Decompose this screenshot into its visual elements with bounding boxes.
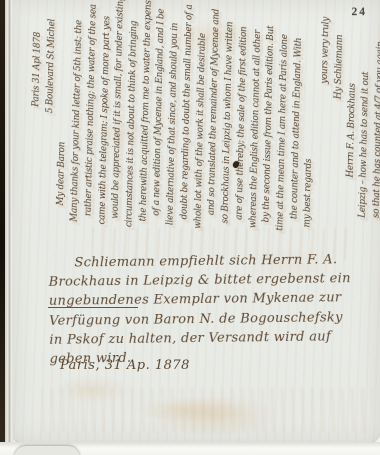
- stacked-page-edges: [5, 0, 13, 442]
- bleedthrough-band-bottom: [42, 388, 372, 432]
- letter-copybook-scan: 24 Paris 31 Apl 18785 Boulevard St Miche…: [0, 0, 380, 455]
- manuscript-page: 24 Paris 31 Apl 18785 Boulevard St Miche…: [12, 0, 380, 442]
- top-letter-block: Paris 31 Apl 18785 Boulevard St MichelMy…: [27, 1, 380, 234]
- register-note-block: Schliemann empfiehlt sich Herrn F. A.Bro…: [48, 250, 349, 369]
- date-line: Paris, 31 Ap. 1878: [60, 358, 190, 373]
- underline-stroke: [48, 307, 138, 308]
- next-page-corner: [14, 446, 80, 455]
